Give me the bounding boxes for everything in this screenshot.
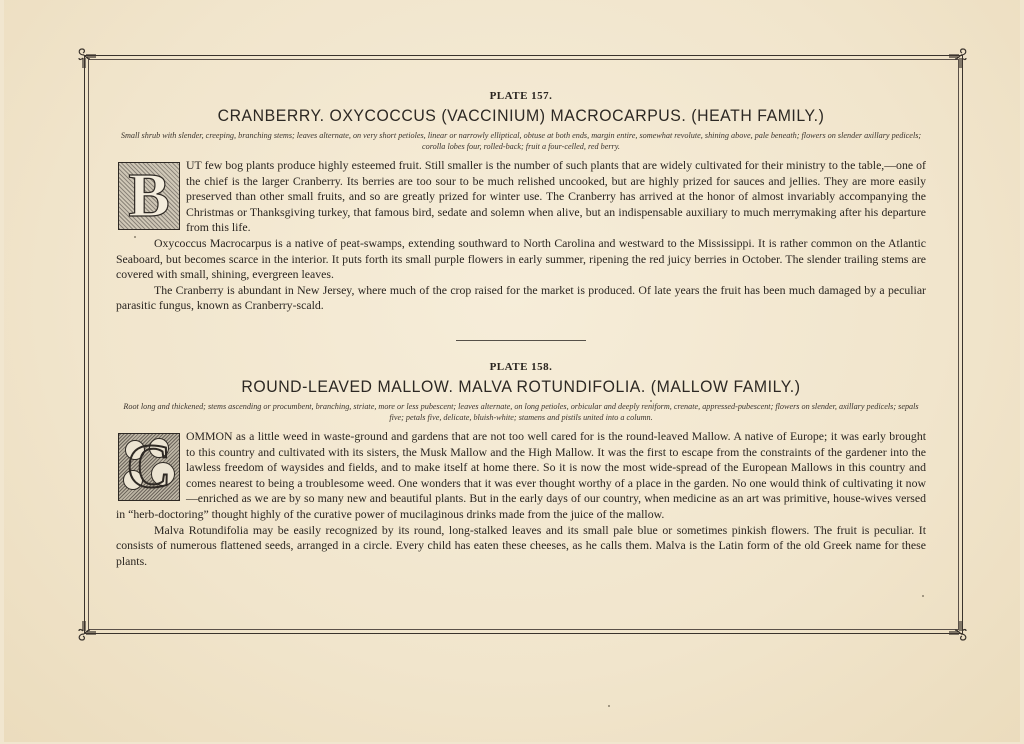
plate-body-text: B UT few bog plants produce highly estee… [116,158,926,314]
paragraph: UT few bog plants produce highly esteeme… [116,158,926,236]
paragraph: Oxycoccus Macrocarpus is a native of pea… [116,236,926,283]
plate-label: PLATE 157. [116,88,926,104]
page-content: PLATE 157. CRANBERRY. OXYCOCCUS (VACCINI… [116,88,926,569]
drop-cap-leaf-ornament-icon: B [118,162,180,230]
plate-body-text: C OMMON as a little weed in waste-ground… [116,429,926,569]
paper-speck [134,236,136,238]
drop-cap-letter: C [119,434,179,500]
drop-cap-letter: B [119,163,179,229]
paragraph: OMMON as a little weed in waste-ground a… [116,429,926,523]
plate-label: PLATE 158. [116,359,926,375]
drop-cap-flower-ornament-icon: C [118,433,180,501]
paragraph: Malva Rotundifolia may be easily recogni… [116,523,926,570]
plate-157-section: PLATE 157. CRANBERRY. OXYCOCCUS (VACCINI… [116,88,926,314]
paper-speck [608,705,610,707]
corner-flourish-icon [949,621,971,643]
botanical-description: Root long and thickened; stems ascending… [116,401,926,423]
botanical-description: Small shrub with slender, creeping, bran… [116,130,926,152]
section-divider [456,340,586,341]
paper-speck [922,595,924,597]
plate-title: CRANBERRY. OXYCOCCUS (VACCINIUM) MACROCA… [144,106,897,126]
plate-158-section: PLATE 158. ROUND-LEAVED MALLOW. MALVA RO… [116,359,926,569]
corner-flourish-icon [949,46,971,68]
paragraph: The Cranberry is abundant in New Jersey,… [116,283,926,314]
corner-flourish-icon [74,46,96,68]
corner-flourish-icon [74,621,96,643]
book-page: PLATE 157. CRANBERRY. OXYCOCCUS (VACCINI… [4,0,1020,742]
paper-speck [650,400,652,402]
plate-title: ROUND-LEAVED MALLOW. MALVA ROTUNDIFOLIA.… [144,377,897,397]
